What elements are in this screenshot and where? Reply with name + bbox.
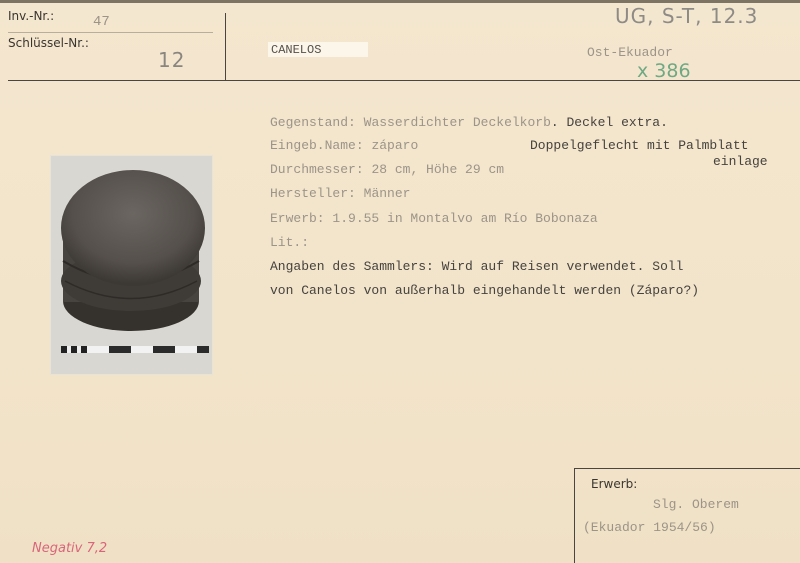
erwerb-box: Erwerb: Slg. Oberem (Ekuador 1954/56) — [574, 468, 800, 563]
object-photo — [50, 155, 213, 375]
eingeb-extra-2: einlage — [713, 154, 768, 169]
erwerb-box-line-2: (Ekuador 1954/56) — [583, 520, 716, 535]
field-gegenstand: Gegenstand: Wasserdichter Deckelkorb. De… — [270, 115, 668, 130]
erwerb-box-label: Erwerb: — [591, 477, 637, 491]
header-bottom-rule — [8, 80, 800, 81]
inv-nr-value: 47 — [93, 14, 110, 30]
sammler-note-line-1: Angaben des Sammlers: Wird auf Reisen ve… — [270, 259, 683, 274]
group-name: CANELOS — [271, 43, 321, 57]
schluessel-nr-label: Schlüssel-Nr.: — [8, 36, 89, 50]
gegenstand-value: Wasserdichter Deckelkorb — [364, 115, 551, 130]
classification-code: UG, S-T, 12.3 — [615, 4, 758, 28]
basket-image — [57, 166, 205, 336]
field-eingeb-name: Eingeb.Name: záparo — [270, 138, 418, 153]
schluessel-nr-value: 12 — [158, 48, 185, 72]
catalog-card: Inv.-Nr.: 47 Schlüssel-Nr.: 12 CANELOS U… — [0, 0, 800, 563]
erwerb-box-line-1: Slg. Oberem — [653, 497, 739, 512]
inv-nr-label: Inv.-Nr.: — [8, 9, 54, 23]
hersteller-label: Hersteller: — [270, 186, 356, 201]
eingeb-value: záparo — [371, 138, 418, 153]
gegenstand-extra: . Deckel extra. — [551, 115, 668, 130]
durchmesser-label: Durchmesser: — [270, 162, 364, 177]
scale-bar — [61, 346, 211, 353]
field-durchmesser: Durchmesser: 28 cm, Höhe 29 cm — [270, 162, 504, 177]
gegenstand-label: Gegenstand: — [270, 115, 356, 130]
header-vertical-divider — [225, 13, 226, 80]
field-erwerb: Erwerb: 1.9.55 in Montalvo am Río Bobona… — [270, 211, 598, 226]
accession-code: x 386 — [637, 60, 691, 82]
field-hersteller: Hersteller: Männer — [270, 186, 410, 201]
durchmesser-value: 28 cm, Höhe 29 cm — [371, 162, 504, 177]
sammler-note-line-2: von Canelos von außerhalb eingehandelt w… — [270, 283, 699, 298]
card-top-edge — [0, 0, 800, 3]
erwerb-value: 1.9.55 in Montalvo am Río Bobonaza — [332, 211, 597, 226]
region: Ost-Ekuador — [587, 45, 673, 60]
field-lit: Lit.: — [270, 235, 309, 250]
hersteller-value: Männer — [364, 186, 411, 201]
eingeb-extra: Doppelgeflecht mit Palmblatt — [530, 138, 748, 153]
inv-divider — [8, 32, 213, 33]
eingeb-label: Eingeb.Name: — [270, 138, 364, 153]
erwerb-label: Erwerb: — [270, 211, 325, 226]
negativ-note: Negativ 7,2 — [32, 541, 107, 556]
